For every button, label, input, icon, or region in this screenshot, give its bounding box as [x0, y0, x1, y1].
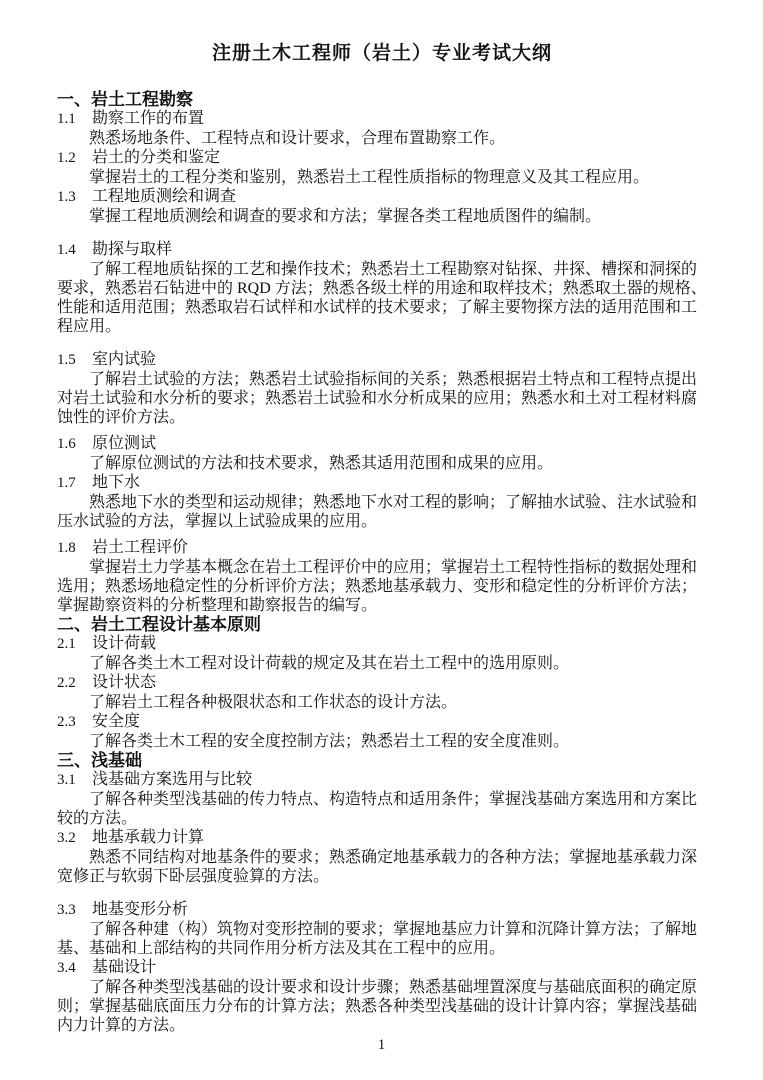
item-number: 3.2: [57, 829, 92, 848]
page-number: 1: [0, 1037, 763, 1054]
item-number: 3.4: [57, 959, 92, 978]
item-number: 3.3: [57, 901, 92, 920]
item-title: 室内试验: [92, 351, 156, 368]
item-body: 了解各种建（构）筑物对变形控制的要求；掌握地基应力计算和沉降计算方法；了解地基、…: [57, 920, 707, 958]
item-title: 岩土工程评价: [92, 539, 188, 556]
item-body: 熟悉场地条件、工程特点和设计要求，合理布置勘察工作。: [57, 129, 707, 148]
syllabus-item-1-4: 1.4勘探与取样 了解工程地质钻探的工艺和操作技术；熟悉岩土工程勘察对钻探、井探…: [57, 240, 707, 336]
item-number: 1.8: [57, 539, 92, 558]
item-number: 1.5: [57, 351, 92, 370]
document-page: 注册土木工程师（岩土）专业考试大纲 一、岩土工程勘察 1.1勘察工作的布置 熟悉…: [0, 0, 763, 1080]
syllabus-item-1-7: 1.7地下水 熟悉地下水的类型和运动规律；熟悉地下水对工程的影响；了解抽水试验、…: [57, 473, 707, 531]
item-title: 工程地质测绘和调查: [92, 188, 236, 205]
item-title: 设计荷载: [92, 635, 156, 652]
item-body: 掌握岩土的工程分类和鉴别，熟悉岩土工程性质指标的物理意义及其工程应用。: [57, 168, 707, 187]
item-number: 1.1: [57, 110, 92, 129]
section-2: 二、岩土工程设计基本原则 2.1设计荷载 了解各类土木工程对设计荷载的规定及其在…: [57, 615, 707, 751]
item-title: 岩土的分类和鉴定: [92, 149, 220, 166]
section-heading: 三、浅基础: [57, 751, 707, 770]
item-number: 2.3: [57, 713, 92, 732]
syllabus-item-2-3: 2.3安全度 了解各类土木工程的安全度控制方法；熟悉岩土工程的安全度准则。: [57, 712, 707, 751]
item-body: 了解岩土工程各种极限状态和工作状态的设计方法。: [57, 693, 707, 712]
item-number: 1.6: [57, 435, 92, 454]
item-body: 掌握工程地质测绘和调查的要求和方法；掌握各类工程地质图件的编制。: [57, 207, 707, 226]
section-heading: 一、岩土工程勘察: [57, 90, 707, 109]
item-title: 基础设计: [92, 959, 156, 976]
section-heading: 二、岩土工程设计基本原则: [57, 615, 707, 634]
item-body: 了解各种类型浅基础的传力特点、构造特点和适用条件；掌握浅基础方案选用和方案比较的…: [57, 790, 707, 828]
item-body: 掌握岩土力学基本概念在岩土工程评价中的应用；掌握岩土工程特性指标的数据处理和选用…: [57, 558, 707, 615]
item-title: 地基承载力计算: [92, 829, 204, 846]
syllabus-item-1-2: 1.2岩土的分类和鉴定 掌握岩土的工程分类和鉴别，熟悉岩土工程性质指标的物理意义…: [57, 148, 707, 187]
item-title: 勘察工作的布置: [92, 110, 204, 127]
syllabus-item-3-4: 3.4基础设计 了解各种类型浅基础的设计要求和设计步骤；熟悉基础埋置深度与基础底…: [57, 958, 707, 1035]
item-body: 了解各类土木工程的安全度控制方法；熟悉岩土工程的安全度准则。: [57, 732, 707, 751]
syllabus-item-2-2: 2.2设计状态 了解岩土工程各种极限状态和工作状态的设计方法。: [57, 673, 707, 712]
document-title: 注册土木工程师（岩土）专业考试大纲: [57, 42, 707, 66]
syllabus-item-3-3: 3.3地基变形分析 了解各种建（构）筑物对变形控制的要求；掌握地基应力计算和沉降…: [57, 900, 707, 958]
syllabus-item-3-2: 3.2地基承载力计算 熟悉不同结构对地基条件的要求；熟悉确定地基承载力的各种方法…: [57, 828, 707, 886]
item-number: 1.7: [57, 474, 92, 493]
syllabus-item-1-3: 1.3工程地质测绘和调查 掌握工程地质测绘和调查的要求和方法；掌握各类工程地质图…: [57, 187, 707, 226]
item-number: 3.1: [57, 771, 92, 790]
item-title: 浅基础方案选用与比较: [92, 771, 252, 788]
item-number: 1.3: [57, 188, 92, 207]
syllabus-item-1-6: 1.6原位测试 了解原位测试的方法和技术要求，熟悉其适用范围和成果的应用。: [57, 434, 707, 473]
section-3: 三、浅基础 3.1浅基础方案选用与比较 了解各种类型浅基础的传力特点、构造特点和…: [57, 751, 707, 1035]
item-title: 地下水: [92, 474, 140, 491]
syllabus-item-1-1: 1.1勘察工作的布置 熟悉场地条件、工程特点和设计要求，合理布置勘察工作。: [57, 109, 707, 148]
item-body: 了解各类土木工程对设计荷载的规定及其在岩土工程中的选用原则。: [57, 654, 707, 673]
item-body: 了解各种类型浅基础的设计要求和设计步骤；熟悉基础埋置深度与基础底面积的确定原则；…: [57, 978, 707, 1035]
item-body: 了解岩土试验的方法；熟悉岩土试验指标间的关系；熟悉根据岩土特点和工程特点提出对岩…: [57, 370, 707, 427]
item-body: 了解工程地质钻探的工艺和操作技术；熟悉岩土工程勘察对钻探、井探、槽探和洞探的要求…: [57, 260, 707, 336]
syllabus-item-2-1: 2.1设计荷载 了解各类土木工程对设计荷载的规定及其在岩土工程中的选用原则。: [57, 634, 707, 673]
item-body: 了解原位测试的方法和技术要求，熟悉其适用范围和成果的应用。: [57, 454, 707, 473]
item-number: 2.2: [57, 674, 92, 693]
item-title: 安全度: [92, 713, 140, 730]
syllabus-item-1-8: 1.8岩土工程评价 掌握岩土力学基本概念在岩土工程评价中的应用；掌握岩土工程特性…: [57, 538, 707, 615]
item-title: 设计状态: [92, 674, 156, 691]
item-title: 勘探与取样: [92, 241, 172, 258]
item-number: 2.1: [57, 635, 92, 654]
item-title: 原位测试: [92, 435, 156, 452]
section-1: 一、岩土工程勘察 1.1勘察工作的布置 熟悉场地条件、工程特点和设计要求，合理布…: [57, 90, 707, 615]
item-number: 1.2: [57, 149, 92, 168]
item-body: 熟悉地下水的类型和运动规律；熟悉地下水对工程的影响；了解抽水试验、注水试验和压水…: [57, 493, 707, 531]
item-number: 1.4: [57, 241, 92, 260]
syllabus-item-1-5: 1.5室内试验 了解岩土试验的方法；熟悉岩土试验指标间的关系；熟悉根据岩土特点和…: [57, 350, 707, 427]
item-title: 地基变形分析: [92, 901, 188, 918]
item-body: 熟悉不同结构对地基条件的要求；熟悉确定地基承载力的各种方法；掌握地基承载力深宽修…: [57, 848, 707, 886]
syllabus-item-3-1: 3.1浅基础方案选用与比较 了解各种类型浅基础的传力特点、构造特点和适用条件；掌…: [57, 770, 707, 828]
